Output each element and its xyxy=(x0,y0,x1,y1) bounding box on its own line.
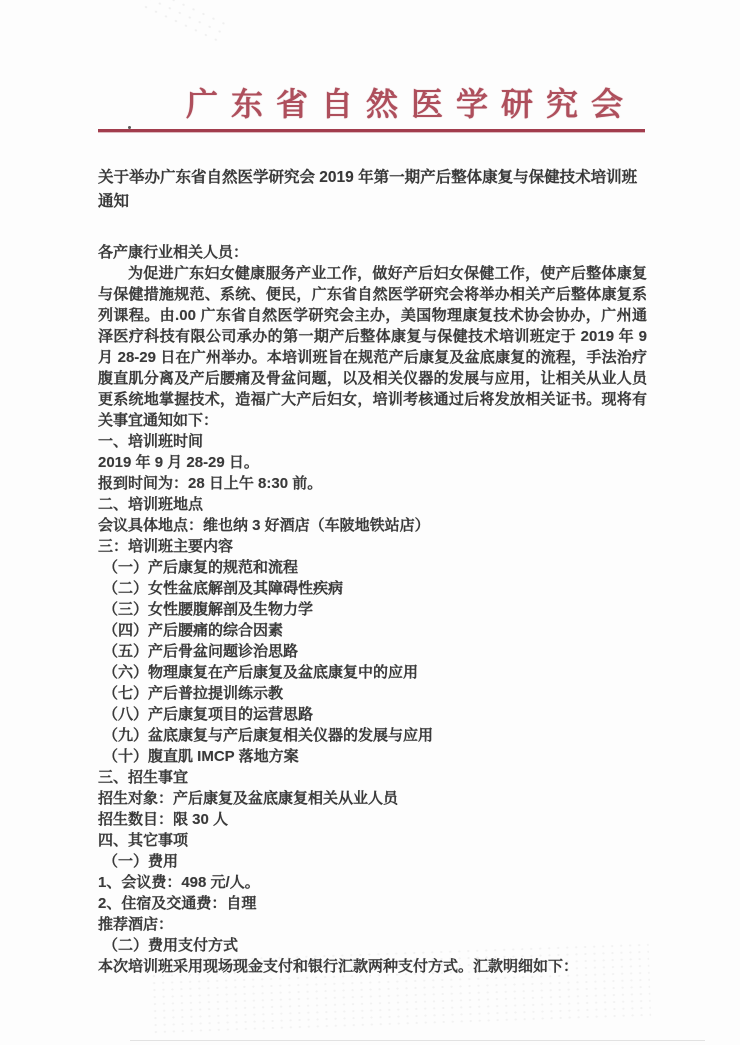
body-line-list: （四）产后腰痛的综合因素 xyxy=(98,620,647,641)
document-title: 关于举办广东省自然医学研究会 2019 年第一期产后整体康复与保健技术培训班 通… xyxy=(98,166,647,214)
scan-noise-artifact-top xyxy=(138,0,232,50)
document-body: 各产康行业相关人员：为促进广东妇女健康服务产业工作，做好产后妇女保健工作，使产后… xyxy=(98,242,647,977)
body-line-line: 2、住宿及交通费：自理 xyxy=(98,893,647,914)
body-line-salutation: 各产康行业相关人员： xyxy=(98,242,647,263)
body-line-para: 为促进广东妇女健康服务产业工作，做好产后妇女保健工作，使产后整体康复与保健措施规… xyxy=(98,263,647,431)
body-line-list: （一）产后康复的规范和流程 xyxy=(98,557,647,578)
body-line-line: 推荐酒店： xyxy=(98,914,647,935)
body-line-line: 招生数目：限 30 人 xyxy=(98,809,647,830)
body-line-line: 二、培训班地点 xyxy=(98,494,647,515)
body-line-line: 招生对象：产后康复及盆底康复相关从业人员 xyxy=(98,788,647,809)
scanned-document-page: 广东省自然医学研究会 关于举办广东省自然医学研究会 2019 年第一期产后整体康… xyxy=(0,0,740,1045)
body-line-list: （九）盆底康复与产后康复相关仪器的发展与应用 xyxy=(98,725,647,746)
scan-speck-dot xyxy=(128,126,131,129)
body-line-line: 三：培训班主要内容 xyxy=(98,536,647,557)
body-line-line: 三、招生事宜 xyxy=(98,767,647,788)
body-line-line: 1、会议费：498 元/人。 xyxy=(98,872,647,893)
body-line-list: （八）产后康复项目的运营思路 xyxy=(98,704,647,725)
body-line-list: （五）产后骨盆问题诊治思路 xyxy=(98,641,647,662)
letterhead: 广东省自然医学研究会 xyxy=(0,84,740,132)
body-line-list: （一）费用 xyxy=(98,851,647,872)
body-line-line: 一、培训班时间 xyxy=(98,431,647,452)
body-line-list: （七）产后普拉提训练示教 xyxy=(98,683,647,704)
body-line-list: （二）费用支付方式 xyxy=(98,935,647,956)
body-line-list: （十）腹直肌 IMCP 落地方案 xyxy=(98,746,647,767)
document-title-line1: 关于举办广东省自然医学研究会 2019 年第一期产后整体康复与保健技术培训班 xyxy=(98,166,647,190)
body-line-line: 报到时间为：28 日上午 8:30 前。 xyxy=(98,473,647,494)
body-line-line: 会议具体地点：维也纳 3 好酒店（车陂地铁站店） xyxy=(98,515,647,536)
body-line-line: 四、其它事项 xyxy=(98,830,647,851)
document-title-line2: 通知 xyxy=(98,190,647,214)
scan-edge-line xyxy=(130,1040,705,1041)
body-line-list: （六）物理康复在产后康复及盆底康复中的应用 xyxy=(98,662,647,683)
body-line-list: （三）女性腰腹解剖及生物力学 xyxy=(98,599,647,620)
body-line-list: （二）女性盆底解剖及其障碍性疾病 xyxy=(98,578,647,599)
letterhead-divider-rule xyxy=(98,129,645,132)
body-line-line: 本次培训班采用现场现金支付和银行汇款两种支付方式。汇款明细如下： xyxy=(98,956,647,977)
body-line-line: 2019 年 9 月 28-29 日。 xyxy=(98,452,647,473)
letterhead-org-name: 广东省自然医学研究会 xyxy=(186,84,740,124)
